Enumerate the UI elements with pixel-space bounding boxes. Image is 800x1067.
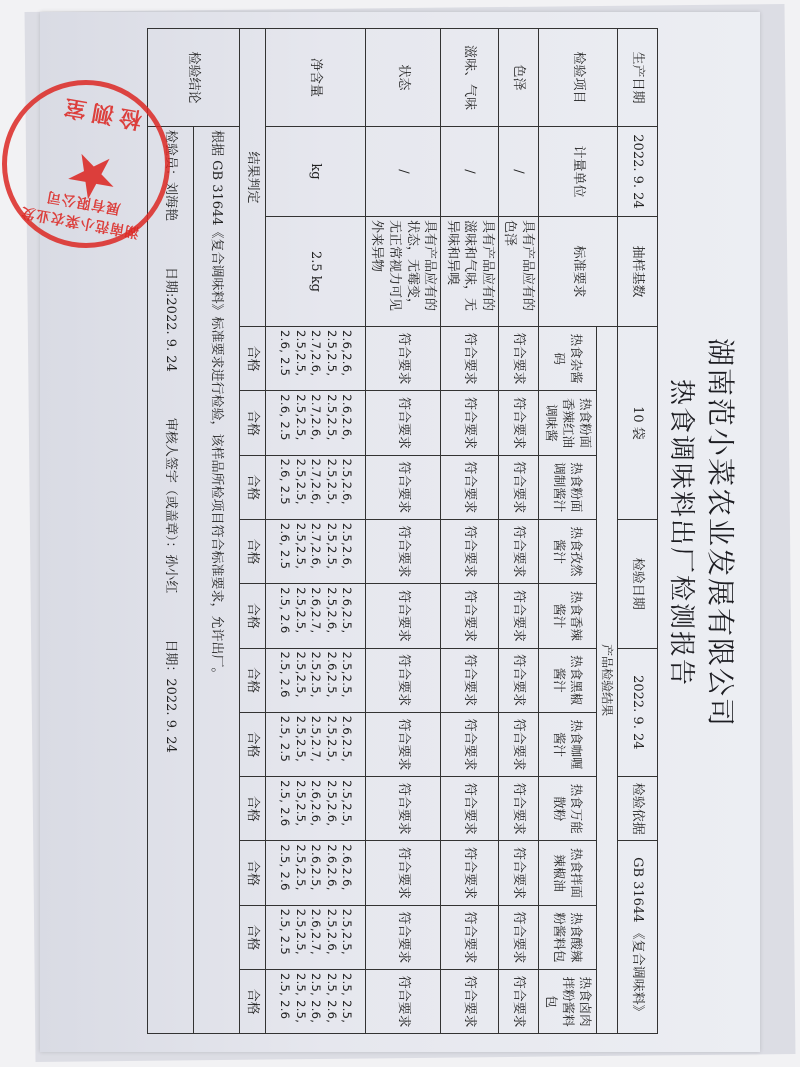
judgement-cell: 合格 [239,455,265,519]
result-cell: 2.5,2.5, 2.5,2.6, 2.6,2.6, 2.5,2.5, 2.5,… [265,777,365,841]
result-cell: 符合要求 [365,455,440,519]
judgement-cell: 合格 [239,712,265,776]
result-cell: 2.6,2.6, 2.6,2.6, 2.6,2.5, 2.5,2.5, 2.5,… [265,841,365,905]
product-name: 热食孜然酱汁 [538,519,596,583]
product-name: 热食香辣酱汁 [538,584,596,648]
judgement-cell: 合格 [239,584,265,648]
inspection-date-label: 检验日期 [618,519,658,648]
unit: kg [265,127,365,217]
reviewer-date: 日期：2022. 9. 24 [163,639,178,752]
result-cell: 符合要求 [498,519,538,583]
result-cell: 2.5,2.6, 2.5,2.5, 2.7,2.6, 2.5,2.5, 2.6,… [265,519,365,583]
result-cell: 2.5,2.5, 2.6,2.5, 2.5,2.5, 2.5,2.5, 2.5,… [265,648,365,712]
basis-label: 检验依据 [618,777,658,841]
product-name: 热食卤肉拌粉酱料包 [538,969,596,1033]
table-row: 状态/具有产品应有的状态，无霉变，无正常视力可见外来异物符合要求符合要求符合要求… [365,29,440,1034]
result-cell: 符合要求 [498,327,538,391]
product-name: 热食粉面调制酱汁 [538,455,596,519]
conclusion-row: 检验结论根据 GB 31644《复合调味料》标准要求进行检验，该样品所检项目符合… [193,29,239,1034]
standard-column-header: 标准要求 [538,217,617,327]
result-cell: 符合要求 [365,905,440,969]
company-name: 湖南范小菜农业发展有限公司 [702,28,742,1038]
result-cell: 符合要求 [441,391,499,455]
basis: GB 31644 《复合调味料》 [618,841,658,1034]
result-cell: 符合要求 [498,648,538,712]
sample-base: 10 袋 [618,327,658,520]
result-cell: 符合要求 [498,777,538,841]
result-cell: 符合要求 [498,712,538,776]
unit: / [365,127,440,217]
signature-cell: 检验员：刘海艳日期:2022. 9. 24审核人签字（或盖章）：孙小红日期：20… [147,127,193,1034]
unit: / [441,127,499,217]
result-cell: 2.5, 2.5, 2.5, 2.6, 2.5, 2.6, 2.5, 2.5, … [265,969,365,1033]
header-row: 生产日期 2022. 9. 24 抽样基数 10 袋 检验日期 2022. 9.… [618,29,658,1034]
product-name: 热食万能散粉 [538,777,596,841]
item-column-header: 检验项目 [538,29,617,127]
product-name: 热食拌面辣椒油 [538,841,596,905]
table-row: 色泽/具有产品应有的色泽符合要求符合要求符合要求符合要求符合要求符合要求符合要求… [498,29,538,1034]
table-row: 净含量kg2.5 kg2.6,2.6, 2.5,2.5, 2.7,2.6, 2.… [265,29,365,1034]
result-cell: 符合要求 [365,327,440,391]
standard-requirement: 具有产品应有的滋味和气味，无异味和异嗅 [441,217,499,327]
sample-base-label: 抽样基数 [618,217,658,327]
result-cell: 符合要求 [498,841,538,905]
judgement-cell: 合格 [239,905,265,969]
standard-requirement: 2.5 kg [265,217,365,327]
inspection-report: 湖南范小菜农业发展有限公司 热食调味料出厂检测报告 生产日期 2022. 9. … [50,28,750,1038]
result-cell: 符合要求 [441,327,499,391]
report-table: 生产日期 2022. 9. 24 抽样基数 10 袋 检验日期 2022. 9.… [147,28,658,1034]
result-cell: 2.5,2.5, 2.5,2.6, 2.6,2.7, 2.5,2.5, 2.5,… [265,905,365,969]
judgement-cell: 合格 [239,327,265,391]
result-cell: 符合要求 [441,905,499,969]
production-date-label: 生产日期 [618,29,658,127]
result-cell: 2.6,2.5, 2.5,2.5, 2.5,2.7, 2.5,2.5, 2.5,… [265,712,365,776]
result-cell: 符合要求 [498,455,538,519]
judgement-cell: 合格 [239,841,265,905]
production-date: 2022. 9. 24 [618,127,658,217]
result-cell: 符合要求 [441,841,499,905]
results-group-header: 产品检验结果 [596,327,617,1034]
table-row: 滋味、气味/具有产品应有的滋味和气味，无异味和异嗅符合要求符合要求符合要求符合要… [441,29,499,1034]
result-cell: 符合要求 [441,455,499,519]
reviewer-signature: 审核人签字（或盖章）：孙小红 [163,418,178,594]
result-cell: 2.6,2.6, 2.5,2.5, 2.7,2.6, 2.5,2.5, 2.6,… [265,327,365,391]
standard-requirement: 具有产品应有的色泽 [498,217,538,327]
result-cell: 2.5,2.6, 2.5,2.5, 2.7,2.6, 2.5,2.5, 2.6,… [265,455,365,519]
result-cell: 符合要求 [498,391,538,455]
item-name: 色泽 [498,29,538,127]
unit-column-header: 计量单位 [538,127,617,217]
result-cell: 符合要求 [441,519,499,583]
result-cell: 符合要求 [441,712,499,776]
inspection-date: 2022. 9. 24 [618,648,658,777]
star-icon: ★ [60,142,123,210]
product-name: 热食黑椒酱汁 [538,648,596,712]
report-title: 热食调味料出厂检测报告 [665,28,702,1038]
judgement-cell: 合格 [239,648,265,712]
result-cell: 符合要求 [365,712,440,776]
inspector-date: 日期:2022. 9. 24 [163,267,178,372]
result-cell: 符合要求 [365,584,440,648]
standard-requirement: 具有产品应有的状态，无霉变，无正常视力可见外来异物 [365,217,440,327]
result-cell: 2.6,2.6, 2.5,2.5, 2.7,2.6, 2.5,2.5, 2.6,… [265,391,365,455]
judgement-cell: 合格 [239,391,265,455]
result-cell: 符合要求 [365,777,440,841]
column-group-row: 检验项目 计量单位 标准要求 产品检验结果 [596,29,617,1034]
item-name: 净含量 [265,29,365,127]
product-name: 热食酸辣粉酱料包 [538,905,596,969]
result-cell: 符合要求 [498,905,538,969]
unit: / [498,127,538,217]
product-name: 热食杂酱码 [538,327,596,391]
result-cell: 2.6,2.5, 2.5,2.6, 2.6,2.7, 2.5,2.5, 2.5,… [265,584,365,648]
result-cell: 符合要求 [365,841,440,905]
result-cell: 符合要求 [441,648,499,712]
item-name: 状态 [365,29,440,127]
judgement-cell: 合格 [239,969,265,1033]
result-cell: 符合要求 [365,969,440,1033]
result-cell: 符合要求 [441,969,499,1033]
product-name: 热食咖喱酱汁 [538,712,596,776]
result-cell: 符合要求 [365,519,440,583]
result-cell: 符合要求 [441,777,499,841]
judgement-label: 结果判定 [239,29,265,327]
judgement-row: 结果判定合格合格合格合格合格合格合格合格合格合格合格 [239,29,265,1034]
result-cell: 符合要求 [498,584,538,648]
result-cell: 符合要求 [365,648,440,712]
product-name: 热食粉面香辣红油调味酱 [538,391,596,455]
result-cell: 符合要求 [498,969,538,1033]
item-name: 滋味、气味 [441,29,499,127]
judgement-cell: 合格 [239,777,265,841]
judgement-cell: 合格 [239,519,265,583]
result-cell: 符合要求 [441,584,499,648]
result-cell: 符合要求 [365,391,440,455]
conclusion-text: 根据 GB 31644《复合调味料》标准要求进行检验，该样品所检项目符合标准要求… [193,127,239,1034]
